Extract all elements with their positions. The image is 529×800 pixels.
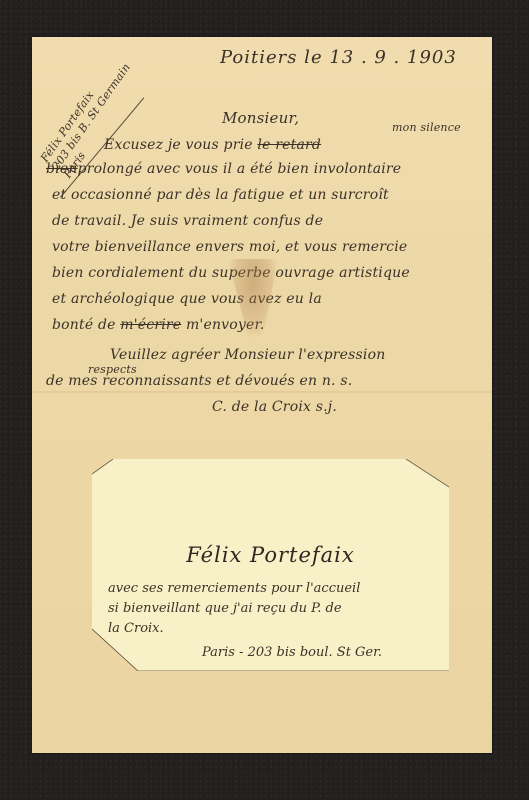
- sender-street: 203 bis B. St Germain: [49, 61, 133, 173]
- insertion-mon-silence: mon silence: [392, 121, 461, 134]
- letter-signature: C. de la Croix s.j.: [212, 399, 337, 415]
- card-note-line-2: si bienveillant que j'ai reçu du P. de: [108, 601, 342, 616]
- line-text: prolongé avec vous il a été bien involon…: [78, 161, 402, 177]
- letter-line-2: bienprolongé avec vous il a été bien inv…: [46, 161, 401, 177]
- letter-line-9: Veuillez agréer Monsieur l'expression: [110, 347, 385, 363]
- struck-text: le retard: [257, 137, 321, 153]
- letter-line-7: et archéologique que vous avez eu la: [52, 291, 322, 307]
- salutation: Monsieur,: [222, 109, 299, 127]
- letter-date: Poitiers le 13 . 9 . 1903: [220, 47, 457, 68]
- card-note-line-3: la Croix.: [108, 621, 164, 636]
- visiting-card: Félix Portefaix avec ses remerciements p…: [92, 459, 449, 671]
- struck-text: m'écrire: [120, 317, 181, 333]
- letter-line-1: Excusez je vous prie le retard: [104, 137, 321, 153]
- struck-text: bien: [46, 161, 78, 177]
- letter-line-3: et occasionné par dès la fatigue et un s…: [52, 187, 389, 203]
- line-text: Excusez je vous prie: [104, 137, 253, 153]
- letter-line-4: de travail. Je suis vraiment confus de: [52, 213, 323, 229]
- letter-paper: Félix Portefaix 203 bis B. St Germain Pa…: [32, 37, 492, 753]
- card-name: Félix Portefaix: [92, 543, 449, 567]
- letter-line-8: bonté de m'écrire m'envoyer.: [52, 317, 265, 333]
- letter-line-10: de mes reconnaissants et dévoués en n. s…: [46, 373, 352, 389]
- card-address: Paris - 203 bis boul. St Ger.: [202, 645, 382, 660]
- letter-line-5: votre bienveillance envers moi, et vous …: [52, 239, 407, 255]
- line-text: bonté de: [52, 317, 116, 333]
- paper-fold: [32, 391, 492, 393]
- card-note-line-1: avec ses remerciements pour l'accueil: [108, 581, 360, 596]
